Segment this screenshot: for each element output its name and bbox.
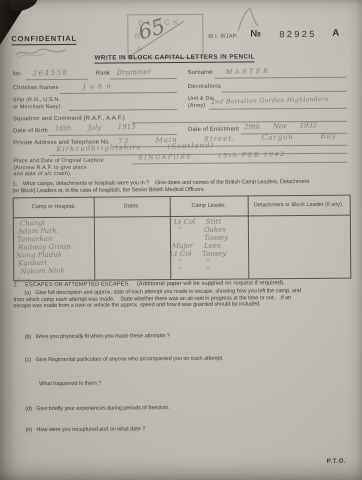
rank-label: Rank [96, 71, 110, 77]
pencil-mark [234, 6, 262, 32]
question1-line2: (or Block) Leaders or, in the case of ho… [13, 187, 205, 195]
christian-names-value: John [83, 82, 115, 91]
table-row-leader-name: ” [206, 266, 210, 274]
table-row-leader-rank: ” [178, 266, 182, 274]
capture-label-line3: and date of a/c crash). [13, 171, 71, 177]
table-row-leader-name: ” [206, 258, 210, 266]
table-row-leader-rank: Lt Col [174, 218, 196, 227]
block-capitals-instruction: WRITE IN BLOCK CAPITAL LETTERS IN PENCIL [95, 53, 255, 63]
header-camp-leader: Camp Leader. [170, 196, 248, 216]
surname-value: MASTER [226, 67, 271, 76]
question-c: (c) Give Regimental particulars of anyon… [25, 356, 224, 364]
rank-value: Drummer [117, 68, 151, 77]
table-row-leader-name: Toosey [202, 249, 226, 258]
header-camp-or-hospital: Camp or Hospital. [14, 198, 94, 218]
scanned-pow-questionnaire-page: CONFIDENTIAL BLOCK N A 65 M.I. 9/JAP. № … [0, 0, 362, 480]
enlistment-label: Date of Enlistment [188, 127, 239, 133]
header-detachment-leader: Detachment or Block Leader (if any). [248, 196, 350, 216]
question-c-followup: What happened to them ? [39, 381, 101, 387]
series-letter: A [332, 28, 339, 39]
capture-label-line2: (Aircrew R.A.F. to give place [13, 164, 87, 171]
question-b: (b) Were you physically fit when you mad… [25, 333, 170, 340]
unit-div-label-line2: (Army) [188, 102, 205, 108]
block-number-stamp: BLOCK N A 65 [127, 14, 203, 59]
question1-line1: 1. What camps, detachments or hospitals … [13, 179, 309, 187]
question-d: (d) Give briefly your experiences during… [25, 405, 169, 412]
camps-table: Camp or Hospital. Dates. Camp Leader. De… [13, 195, 352, 282]
question-e: (e) How were you recaptured and on what … [25, 426, 145, 433]
paper-sheet: CONFIDENTIAL BLOCK N A 65 M.I. 9/JAP. № … [0, 0, 362, 480]
pto-footer: P.T.O. [327, 458, 346, 465]
ship-label-line2: or Merchant Navy) [13, 103, 61, 109]
confidential-marking: CONFIDENTIAL [11, 34, 77, 46]
header-dates: Dates. [94, 197, 170, 217]
ship-rule [69, 101, 177, 111]
dob-label: Date of Birth [13, 128, 48, 134]
serial-number: 82925 [279, 29, 317, 39]
christian-names-rule [60, 84, 177, 94]
ship-label-line1: Ship (R.N., U.S.N. [13, 97, 60, 103]
table-row-leader-rank: ” [178, 258, 182, 266]
decorations-label: Decorations [188, 84, 221, 90]
no-label: No. [13, 71, 23, 77]
surname-label: Surname [188, 70, 213, 76]
capture-label-line1: Place and Date of Original Capture [13, 158, 103, 165]
decorations-rule [222, 83, 347, 93]
table-row-camp: Nakom Niok [20, 267, 65, 276]
no-value: 264558 [33, 69, 69, 78]
section2-heading: 2. ESCAPES OR ATTEMPTED ESCAPES. (Additi… [13, 280, 284, 288]
table-row-leader-rank: ” [178, 226, 182, 234]
mi9-jap-label: M.I. 9/JAP. [208, 34, 238, 40]
squadron-label: Squadron and Command (R.A.F., A.A.F.) [13, 115, 125, 122]
pencil-scribble [13, 46, 67, 59]
section2-para-a-line3: escape was made from a train or vehicle … [13, 301, 260, 309]
christian-names-label: Christian Names [13, 85, 59, 91]
